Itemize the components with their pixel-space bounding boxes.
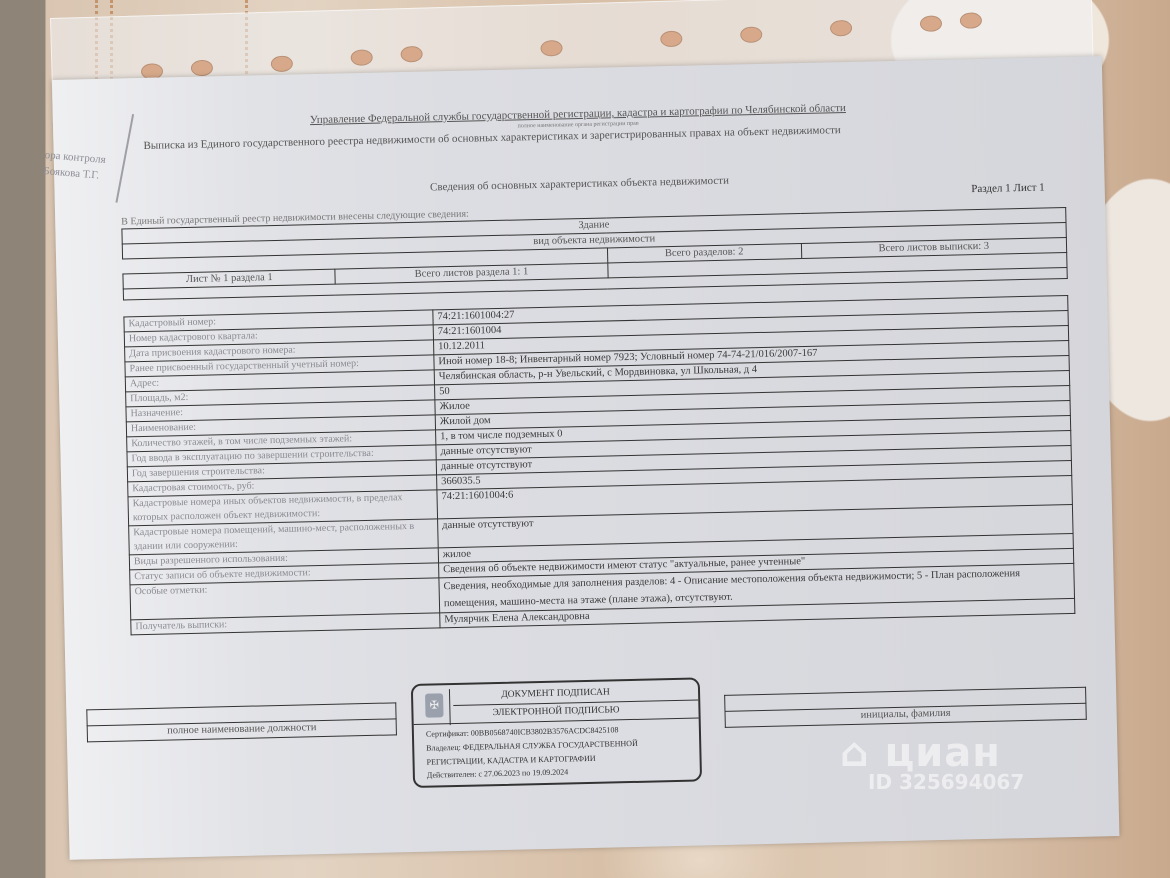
section-sheet-number: Раздел 1 Лист 1 xyxy=(971,182,1045,196)
certificate-number: Сертификат: 00BB0568740ICB3802B3576ACDC8… xyxy=(426,725,619,738)
certificate-validity: Действителен: с 27.06.2023 по 19.09.2024 xyxy=(427,767,569,779)
listing-id: ID 325694067 xyxy=(868,770,1024,794)
punch-hole xyxy=(351,49,373,66)
section-title: Сведения об основных характеристиках объ… xyxy=(54,166,1104,202)
cian-watermark: ⌂ циан ID 325694067 xyxy=(840,730,1024,794)
certificate-owner-2: РЕГИСТРАЦИИ, КАДАСТРА И КАРТОГРАФИИ xyxy=(426,754,595,767)
punch-hole xyxy=(660,31,682,48)
handwritten-note: ора контроля Боякова Т.Г. xyxy=(43,147,107,184)
characteristics-table: Кадастровый номер:74:21:1601004:27 Номер… xyxy=(123,295,1075,635)
punch-hole xyxy=(740,26,762,43)
punch-hole xyxy=(960,12,982,29)
punch-hole xyxy=(400,46,422,63)
certificate-owner-1: Владелец: ФЕДЕРАЛЬНАЯ СЛУЖБА ГОСУДАРСТВЕ… xyxy=(426,739,638,753)
punch-hole xyxy=(920,15,942,32)
electronic-signature-stamp: ✠ ДОКУМЕНТ ПОДПИСАН ЭЛЕКТРОННОЙ ПОДПИСЬЮ… xyxy=(411,677,702,788)
punch-hole xyxy=(830,20,852,37)
punch-hole xyxy=(540,40,562,57)
